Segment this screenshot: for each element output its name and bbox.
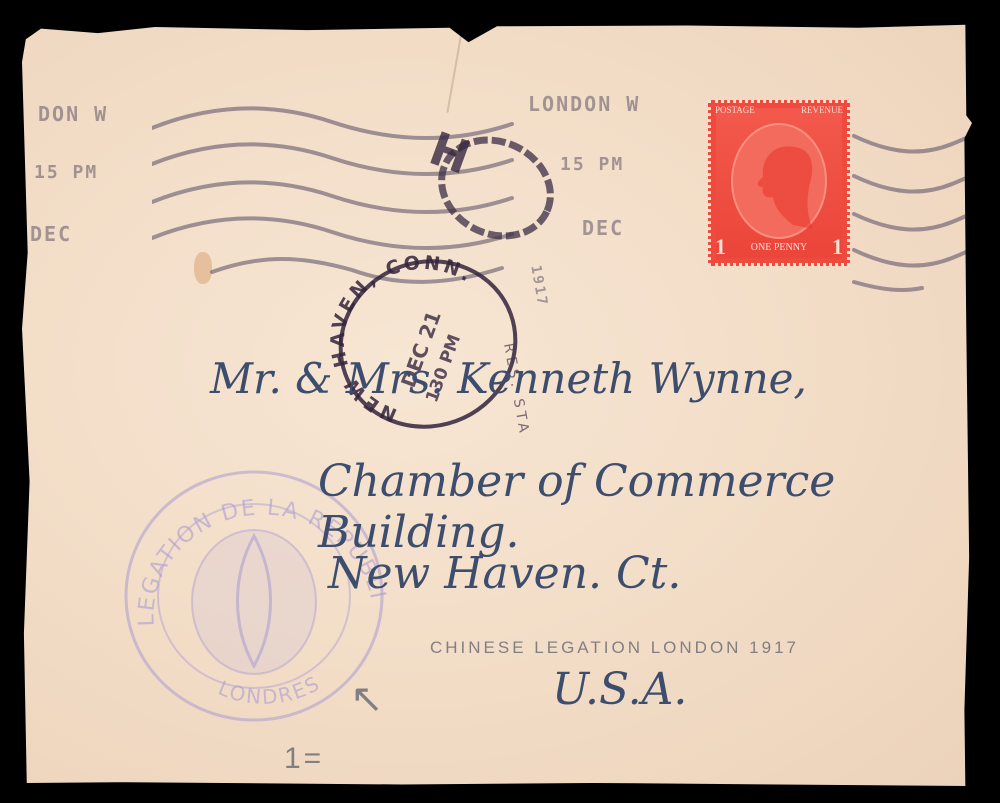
postmark-left-month: DEC: [30, 222, 72, 246]
stamp-postage-label: POSTAGE: [715, 105, 755, 115]
postmark-left-office: DON W: [38, 102, 108, 126]
receiving-postmark-icon: NEW HAVEN, CONN. DEC 21 130 PM RES. STA.: [328, 248, 538, 438]
svg-text:LONDRES: LONDRES: [215, 671, 325, 710]
stamp-denomination: ONE PENNY: [751, 242, 807, 253]
pencil-fraction: 1=: [284, 742, 324, 776]
postmark-left-time: 15 PM: [34, 162, 98, 183]
stamp-revenue-label: REVENUE: [801, 105, 843, 115]
address-line-1: Mr. & Mrs. Kenneth Wynne,: [210, 354, 807, 403]
address-line-2: Chamber of Commerce Building.: [318, 456, 972, 558]
postage-stamp: POSTAGE REVENUE 1 ONE PENNY 1: [708, 100, 850, 266]
svg-text:H: H: [423, 121, 478, 185]
envelope: DON W 15 PM DEC LONDON W 15 PM DEC H POS…: [22, 24, 972, 786]
oval-handstamp-icon: H: [406, 110, 576, 270]
address-line-3: New Haven. Ct.: [328, 548, 681, 599]
king-portrait-icon: [731, 123, 827, 239]
pencil-arrow: ↖: [350, 676, 387, 722]
pencil-note: CHINESE LEGATION LONDON 1917: [430, 638, 799, 658]
stamp-value-left: 1: [715, 234, 726, 260]
stamp-value-right: 1: [832, 234, 843, 260]
address-line-4: U.S.A.: [552, 664, 687, 715]
